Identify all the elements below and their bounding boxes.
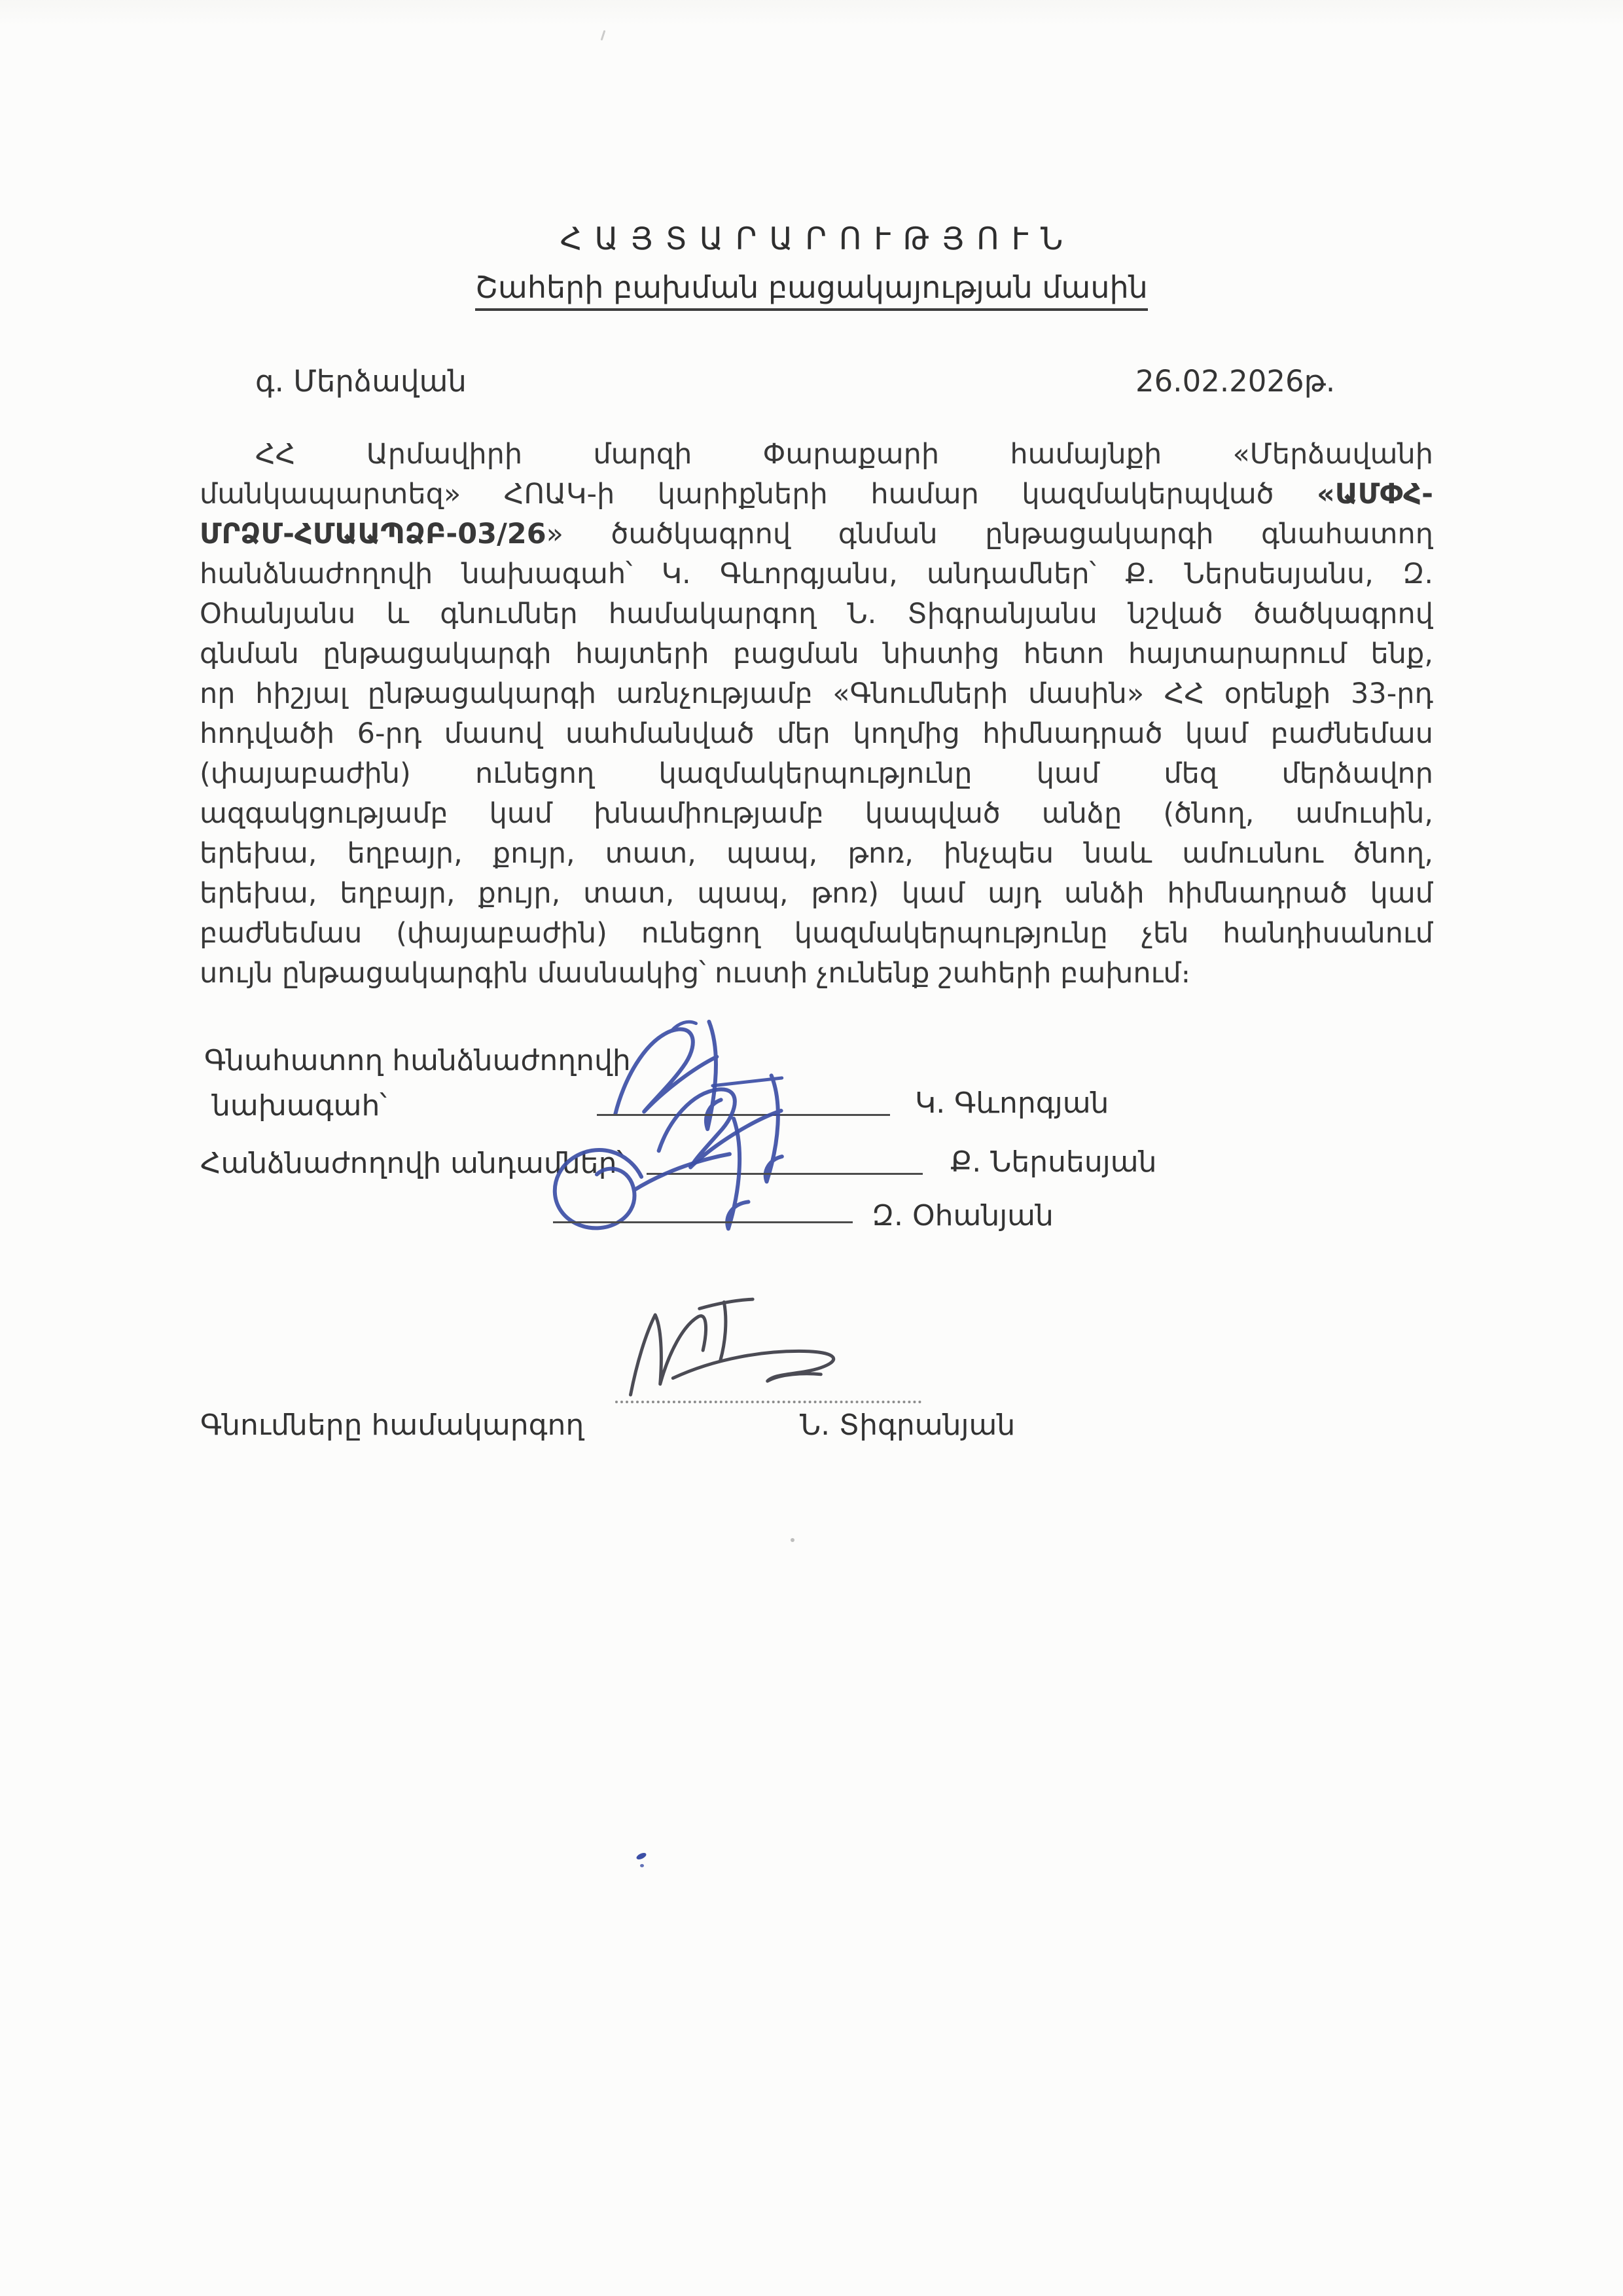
- coordinator-name: Ն. Տիգրանյան: [800, 1408, 1015, 1442]
- body-line-10: ազգակցությամբ կամ խնամիությամբ կապված ան…: [200, 794, 1433, 834]
- body-line-14: սույն ընթացակարգին մասնակից՝ ուստի չունե…: [200, 954, 1433, 994]
- committee-label: Գնահատող հանձնաժողովի: [204, 1044, 631, 1077]
- chairman-label: նախագահ՝: [212, 1089, 387, 1122]
- body-line-7: որ հիշյալ ընթացակարգի առնչությամբ «Գնում…: [200, 674, 1433, 714]
- member-1-name: Ք. Ներսեսյան: [950, 1145, 1156, 1179]
- body-line-9: (փայաբաժին) ունեցող կազմակերպությունը կա…: [200, 754, 1433, 794]
- body-line-12: երեխա, եղբայր, քույր, տատ, պապ, թոռ) կամ…: [200, 874, 1433, 914]
- scan-scratch: [601, 30, 606, 41]
- date-label: 26.02.2026թ.: [1135, 364, 1335, 399]
- body-line-2-text: մանկապարտեզ» ՀՈԱԿ-ի կարիքների համար կազմ…: [200, 478, 1274, 511]
- signature-line-member-2: [553, 1221, 853, 1223]
- body-line-13: բաժնեմաս (փայաբաժին) ունեցող կազմակերպու…: [200, 914, 1433, 954]
- scanned-document-page: ՀԱՅՏԱՐԱՐՈՒԹՅՈՒՆ Շահերի բախման բացակայութ…: [0, 0, 1623, 2296]
- document-subtitle: Շահերի բախման բացակայության մասին: [0, 270, 1623, 305]
- signature-coordinator: [606, 1285, 880, 1410]
- body-line-3-code: ՄՐՁՄ-ՀՄԱԱՊՁԲ-03/26: [200, 518, 546, 550]
- body-line-4: հանձնաժողովի նախագահ՝ Կ. Գևորգյանս, անդա…: [200, 554, 1433, 594]
- ink-speck: [640, 1864, 644, 1867]
- scan-speck: [791, 1538, 794, 1542]
- body-line-3-text: » ծածկագրով գնման ընթացակարգի գնահատող: [546, 518, 1433, 550]
- body-line-2: մանկապարտեզ» ՀՈԱԿ-ի կարիքների համար կազմ…: [200, 475, 1433, 514]
- document-subtitle-text: Շահերի բախման բացակայության մասին: [475, 270, 1148, 311]
- body-line-2-code: «ԱՄՓՀ-: [1317, 478, 1433, 511]
- body-line-6: գնման ընթացակարգի հայտերի բացման նիստից …: [200, 634, 1433, 674]
- body-line-5: Օհանյանս և գնումներ համակարգող Ն. Տիգրան…: [200, 594, 1433, 634]
- document-title: ՀԱՅՏԱՐԱՐՈՒԹՅՈՒՆ: [0, 221, 1623, 257]
- chairman-name: Կ. Գևորգյան: [915, 1086, 1109, 1120]
- place-label: գ. Մերձավան: [255, 364, 467, 399]
- body-line-8: հոդվածի 6-րդ մասով սահմանված մեր կողմից …: [200, 714, 1433, 754]
- ink-speck: [635, 1852, 647, 1861]
- body-line-11: երեխա, եղբայր, քույր, տատ, պապ, թոռ, ինչ…: [200, 834, 1433, 874]
- member-2-name: Զ. Օհանյան: [872, 1199, 1054, 1232]
- body-line-3: ՄՐՁՄ-ՀՄԱԱՊՁԲ-03/26» ծածկագրով գնման ընթա…: [200, 514, 1433, 554]
- coordinator-label: Գնումները համակարգող: [200, 1408, 584, 1442]
- body-line-1: ՀՀ Արմավիրի մարզի Փարաքարի համայնքի «Մեր…: [200, 435, 1433, 475]
- signature-line-coordinator: [615, 1401, 921, 1403]
- body-paragraph: ՀՀ Արմավիրի մարզի Փարաքարի համայնքի «Մեր…: [200, 435, 1433, 994]
